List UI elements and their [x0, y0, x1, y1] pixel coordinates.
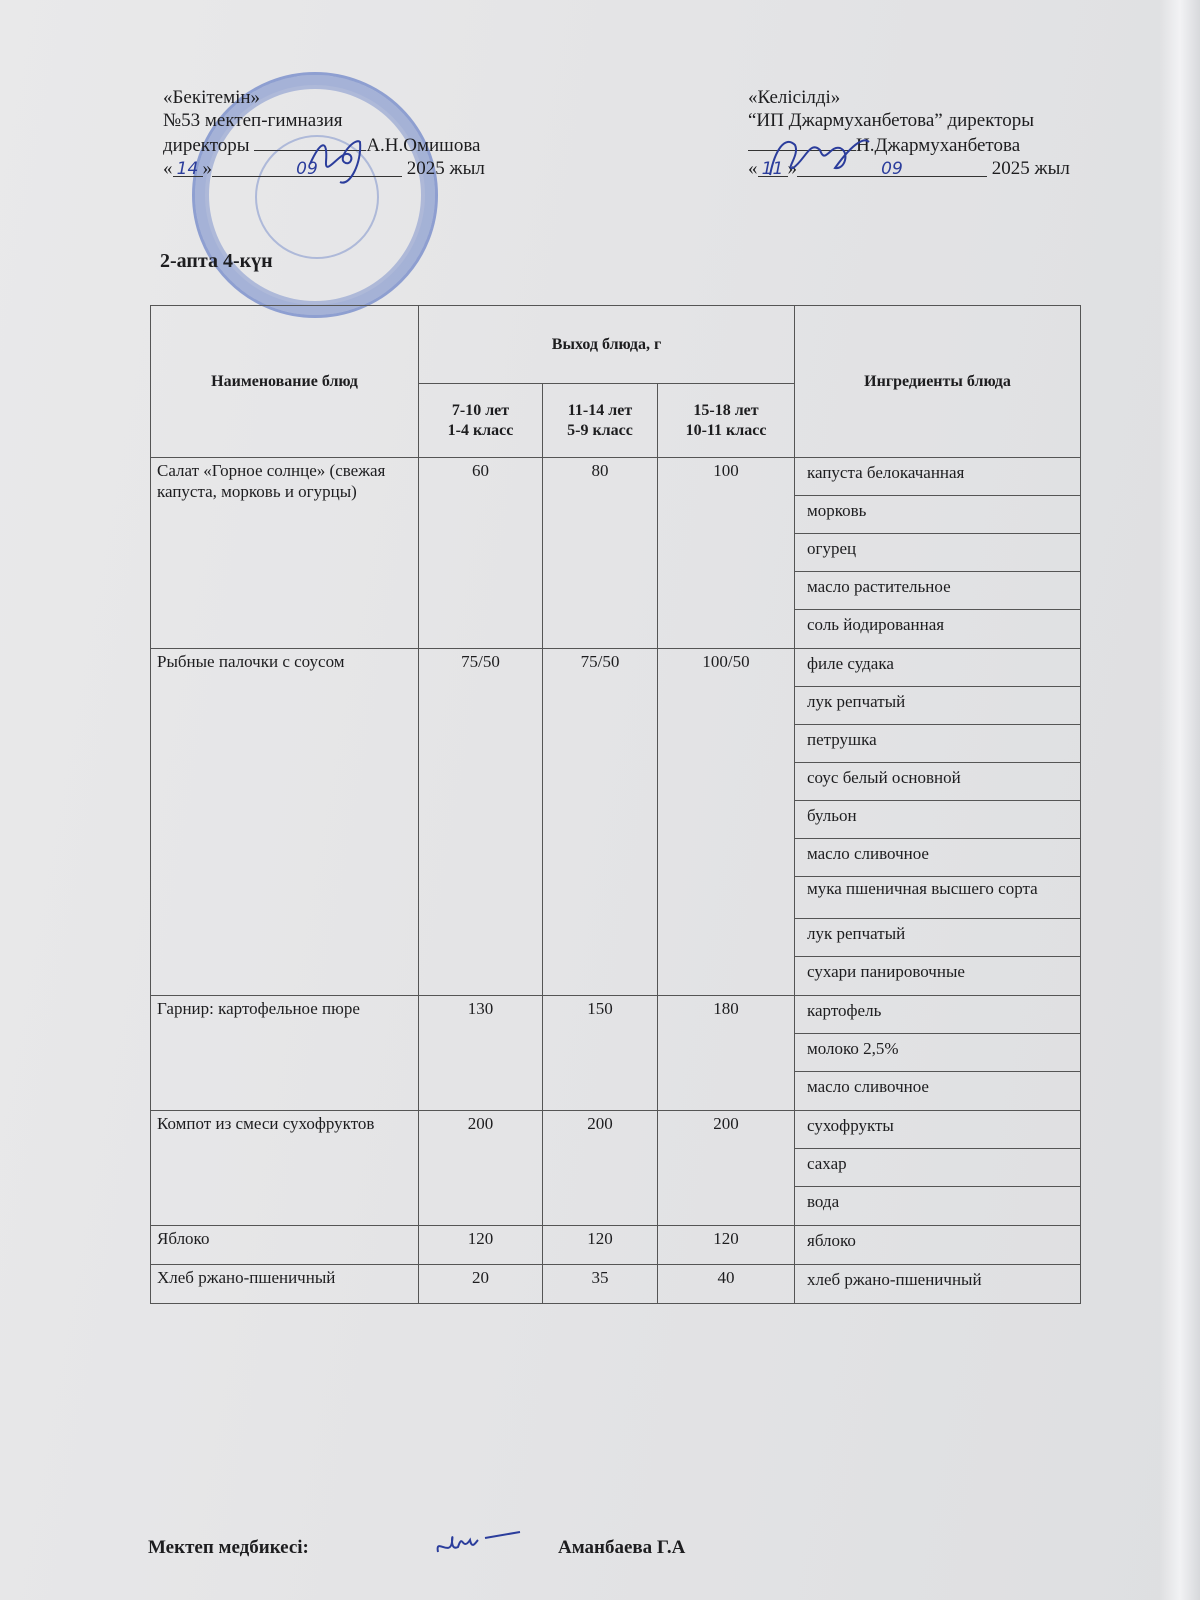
header-yield: Выход блюда, г — [419, 306, 795, 384]
dish-name: Хлеб ржано-пшеничный — [151, 1265, 419, 1304]
nurse-signature — [430, 1522, 530, 1562]
ingredient-item: вода — [795, 1187, 1080, 1225]
ingredient-item: лук репчатый — [795, 687, 1080, 725]
yield-grams-group-2: 150 — [543, 996, 658, 1111]
signature-line — [254, 132, 366, 151]
ingredient-item: капуста белокачанная — [795, 458, 1080, 496]
date-day: 14 — [173, 158, 203, 177]
yield-grams-group-1: 20 — [419, 1265, 543, 1304]
ingredients-list: яблоко — [795, 1226, 1081, 1265]
ingredient-item: сухари панировочные — [795, 957, 1080, 995]
approval-block-left: «Бекітемін» №53 мектеп-гимназия директор… — [163, 86, 485, 180]
dish-name: Гарнир: картофельное пюре — [151, 996, 419, 1111]
plastic-sleeve-edge — [1160, 0, 1200, 1600]
dish-name: Яблоко — [151, 1226, 419, 1265]
date-day: 11 — [758, 158, 788, 177]
approval-name: Н.Джармуханбетова — [856, 135, 1020, 156]
table-row: Компот из смеси сухофруктов200200200сухо… — [151, 1111, 1081, 1226]
yield-grams-group-2: 200 — [543, 1111, 658, 1226]
approval-role: директоры — [163, 135, 250, 156]
yield-grams-group-2: 35 — [543, 1265, 658, 1304]
ingredient-item: молоко 2,5% — [795, 1034, 1080, 1072]
yield-grams-group-3: 180 — [658, 996, 795, 1111]
approval-block-right: «Келісілді» “ИП Джармуханбетова” директо… — [748, 86, 1070, 180]
date-month: 09 — [797, 158, 987, 177]
ingredients-list: филе судакалук репчатыйпетрушкасоус белы… — [795, 649, 1081, 996]
dish-name: Салат «Горное солнце» (свежая капуста, м… — [151, 458, 419, 649]
approval-date-line: «14»09 2025 жыл — [163, 157, 485, 180]
menu-table-body: Салат «Горное солнце» (свежая капуста, м… — [151, 458, 1081, 1304]
menu-table: Наименование блюд Выход блюда, г Ингреди… — [150, 305, 1081, 1304]
yield-grams-group-2: 75/50 — [543, 649, 658, 996]
yield-grams-group-2: 80 — [543, 458, 658, 649]
week-day-title: 2-апта 4-күн — [160, 250, 273, 273]
table-row: Рыбные палочки с соусом75/5075/50100/50ф… — [151, 649, 1081, 996]
ingredients-list: сухофруктысахарвода — [795, 1111, 1081, 1226]
approval-heading: «Бекітемін» — [163, 86, 485, 109]
ingredient-item: огурец — [795, 534, 1080, 572]
yield-grams-group-1: 120 — [419, 1226, 543, 1265]
yield-grams-group-3: 120 — [658, 1226, 795, 1265]
date-month: 09 — [212, 158, 402, 177]
approval-org: №53 мектеп-гимназия — [163, 109, 485, 132]
ingredient-item: сахар — [795, 1149, 1080, 1187]
table-row: Салат «Горное солнце» (свежая капуста, м… — [151, 458, 1081, 649]
dish-name: Рыбные палочки с соусом — [151, 649, 419, 996]
ingredient-item: хлеб ржано-пшеничный — [795, 1265, 1080, 1303]
ingredient-item: яблоко — [795, 1226, 1080, 1264]
ingredients-list: капуста белокачаннаяморковьогурецмасло р… — [795, 458, 1081, 649]
date-year: 2025 жыл — [992, 158, 1070, 179]
table-row: Гарнир: картофельное пюре130150180картоф… — [151, 996, 1081, 1111]
approval-role-line: директоры А.Н.Омишова — [163, 132, 485, 157]
ingredient-item: мука пшеничная высшего сорта — [795, 877, 1080, 919]
yield-grams-group-2: 120 — [543, 1226, 658, 1265]
date-year: 2025 жыл — [407, 158, 485, 179]
yield-grams-group-1: 200 — [419, 1111, 543, 1226]
ingredients-list: хлеб ржано-пшеничный — [795, 1265, 1081, 1304]
header-ingredients: Ингредиенты блюда — [795, 306, 1081, 458]
ingredient-item: картофель — [795, 996, 1080, 1034]
dish-name: Компот из смеси сухофруктов — [151, 1111, 419, 1226]
table-row: Яблоко120120120яблоко — [151, 1226, 1081, 1265]
yield-grams-group-3: 100/50 — [658, 649, 795, 996]
approval-name-line: Н.Джармуханбетова — [748, 132, 1070, 157]
yield-grams-group-1: 60 — [419, 458, 543, 649]
ingredient-item: масло сливочное — [795, 839, 1080, 877]
yield-grams-group-3: 200 — [658, 1111, 795, 1226]
header-age-group-2: 11-14 лет5-9 класс — [543, 384, 658, 458]
ingredient-item: соус белый основной — [795, 763, 1080, 801]
yield-grams-group-3: 40 — [658, 1265, 795, 1304]
yield-grams-group-1: 75/50 — [419, 649, 543, 996]
ingredient-item: морковь — [795, 496, 1080, 534]
ingredient-item: соль йодированная — [795, 610, 1080, 648]
ingredient-item: масло сливочное — [795, 1072, 1080, 1110]
header-age-group-3: 15-18 лет10-11 класс — [658, 384, 795, 458]
ingredient-item: масло растительное — [795, 572, 1080, 610]
ingredient-item: сухофрукты — [795, 1111, 1080, 1149]
nurse-name: Аманбаева Г.А — [558, 1537, 685, 1559]
signature-line — [748, 132, 856, 151]
approval-date-line: «11»09 2025 жыл — [748, 157, 1070, 180]
header-dish-name: Наименование блюд — [151, 306, 419, 458]
approval-heading: «Келісілді» — [748, 86, 1070, 109]
ingredient-item: петрушка — [795, 725, 1080, 763]
ingredient-item: филе судака — [795, 649, 1080, 687]
ingredient-item: бульон — [795, 801, 1080, 839]
approval-name: А.Н.Омишова — [366, 135, 480, 156]
header-age-group-1: 7-10 лет1-4 класс — [419, 384, 543, 458]
ingredients-list: картофельмолоко 2,5%масло сливочное — [795, 996, 1081, 1111]
yield-grams-group-3: 100 — [658, 458, 795, 649]
ingredient-item: лук репчатый — [795, 919, 1080, 957]
nurse-label: Мектеп медбикесі: — [148, 1537, 309, 1559]
table-row: Хлеб ржано-пшеничный203540хлеб ржано-пше… — [151, 1265, 1081, 1304]
yield-grams-group-1: 130 — [419, 996, 543, 1111]
approval-org: “ИП Джармуханбетова” директоры — [748, 109, 1070, 132]
